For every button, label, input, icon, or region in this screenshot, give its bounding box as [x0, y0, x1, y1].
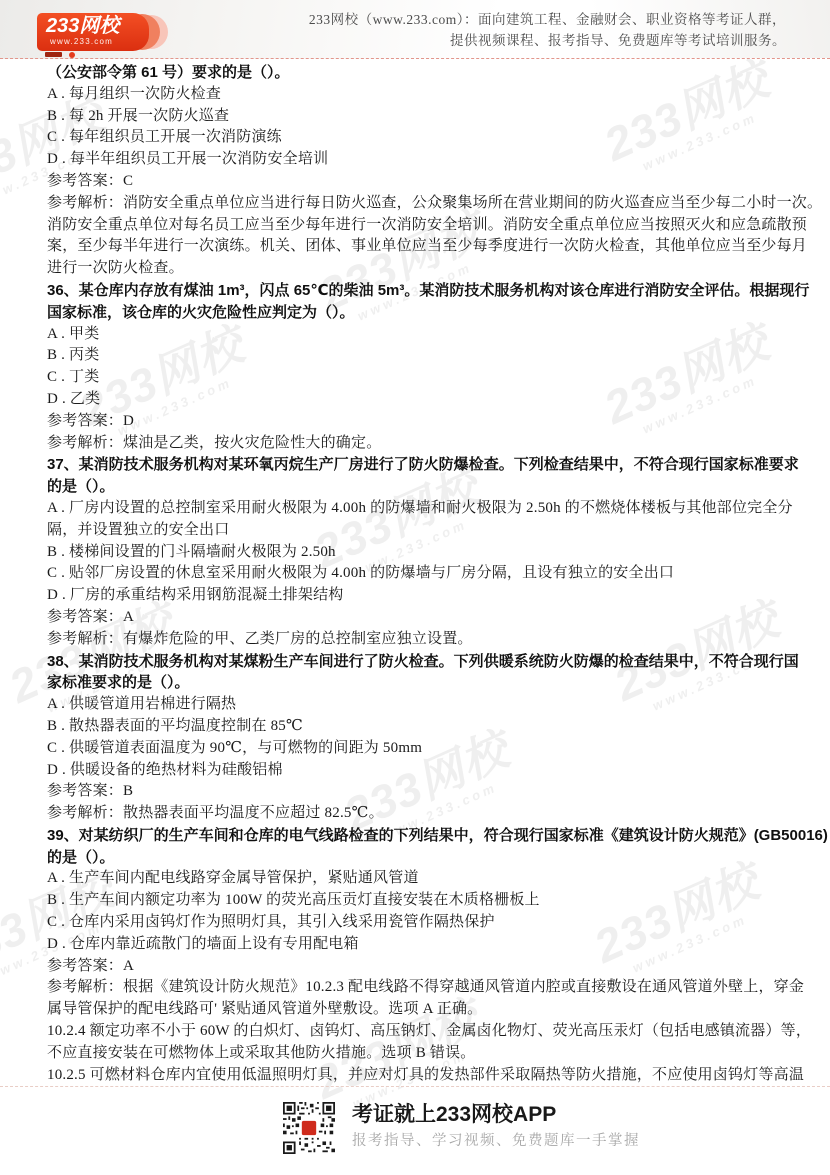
document-line: B . 每 2h 开展一次防火巡查 [47, 106, 792, 128]
document-line: 37、某消防技术服务机构对某环氧丙烷生产厂房进行了防火防爆检查。下列检查结果中，… [47, 454, 792, 476]
document-line: A . 供暖管道用岩棉进行隔热 [47, 694, 792, 716]
document-line: 属导管保护的配电线路可' 紧贴通风管道外壁敷设。选项 A 正确。 [47, 999, 792, 1021]
document-line: 参考解析：根据《建筑设计防火规范》10.2.3 配电线路不得穿越通风管道内腔或直… [47, 977, 792, 999]
document-line: 10.2.4 额定功率不小于 60W 的白炽灯、卤钨灯、高压钠灯、金属卤化物灯、… [47, 1021, 792, 1043]
header-tagline-line1: 233网校（www.233.com）：面向建筑工程、金融财会、职业资格等考证人群… [309, 9, 786, 30]
document-line: 的是（）。 [47, 476, 792, 498]
logo-dot-mark [69, 52, 75, 58]
document-line: C . 供暖管道表面温度为 90℃，与可燃物的间距为 50mm [47, 738, 792, 760]
document-line: A . 厂房内设置的总控制室采用耐火极限为 4.00h 的防爆墙和耐火极限为 2… [47, 498, 792, 520]
document-line: B . 楼梯间设置的门斗隔墙耐火极限为 2.50h [47, 542, 792, 564]
brand-name: 233网校 [37, 13, 149, 37]
brand-logo: 233网校 www.233.com [37, 13, 187, 51]
document-line: 39、对某纺织厂的生产车间和仓库的电气线路检查的下列结果中，符合现行国家标准《建… [47, 825, 792, 847]
document-line: C . 贴邻厂房设置的休息室采用耐火极限为 4.00h 的防爆墙与厂房分隔，且设… [47, 563, 792, 585]
footer-app-title: 考证就上233网校APP [352, 1098, 556, 1128]
document-line: B . 散热器表面的平均温度控制在 85℃ [47, 716, 792, 738]
logo-dash-mark [45, 52, 62, 57]
document-line: D . 厂房的承重结构采用钢筋混凝土排架结构 [47, 585, 792, 607]
logo-badge: 233网校 www.233.com [37, 13, 149, 51]
document-line: （公安部令第 61 号）要求的是（）。 [47, 62, 792, 84]
header-tagline-line2: 提供视频课程、报考指导、免费题库等考试培训服务。 [309, 30, 786, 51]
document-line: 案，至少每半年进行一次演练。机关、团体、事业单位应当至少每季度进行一次防火检查，… [47, 236, 792, 258]
document-line: 参考答案：B [47, 781, 792, 803]
document-line: 参考解析：散热器表面平均温度不应超过 82.5℃。 [47, 803, 792, 825]
document-line: 38、某消防技术服务机构对某煤粉生产车间进行了防火检查。下列供暖系统防火防爆的检… [47, 651, 792, 673]
document-line: 参考解析：煤油是乙类，按火灾危险性大的确定。 [47, 433, 792, 455]
header-tagline: 233网校（www.233.com）：面向建筑工程、金融财会、职业资格等考证人群… [309, 9, 786, 51]
document-line: A . 生产车间内配电线路穿金属导管保护，紧贴通风管道 [47, 868, 792, 890]
document-line: 36、某仓库内存放有煤油 1m³，闪点 65℃的柴油 5m³。某消防技术服务机构… [47, 280, 792, 302]
document-line: B . 生产车间内额定功率为 100W 的荧光高压贡灯直接安装在木质格栅板上 [47, 890, 792, 912]
document-content: （公安部令第 61 号）要求的是（）。A . 每月组织一次防火检查B . 每 2… [47, 62, 792, 1086]
document-line: D . 仓库内靠近疏散门的墙面上设有专用配电箱 [47, 934, 792, 956]
document-line: A . 甲类 [47, 324, 792, 346]
document-line: 10.2.5 可燃材料仓库内宜使用低温照明灯具，并应对灯具的发热部件采取隔热等防… [47, 1065, 792, 1087]
document-line: C . 每年组织员工开展一次消防演练 [47, 127, 792, 149]
document-line: 隔，并设置独立的安全出口 [47, 520, 792, 542]
document-line: 家标准要求的是（）。 [47, 672, 792, 694]
document-line: 参考答案：A [47, 956, 792, 978]
document-line: 的是（）。 [47, 847, 792, 869]
document-line: 国家标准，该仓库的火灾危险性应判定为（）。 [47, 302, 792, 324]
document-line: 参考答案：A [47, 607, 792, 629]
header: 233网校 www.233.com 233网校（www.233.com）：面向建… [0, 0, 830, 59]
brand-url: www.233.com [37, 37, 149, 46]
document-line: B . 丙类 [47, 345, 792, 367]
qr-code-icon [283, 1102, 335, 1154]
document-line: 不应直接安装在可燃物体上或采取其他防火措施。选项 B 错误。 [47, 1043, 792, 1065]
footer: 考证就上233网校APP 报考指导、学习视频、免费题库一手掌握 [0, 1086, 830, 1175]
document-line: D . 供暖设备的绝热材料为硅酸铝棉 [47, 760, 792, 782]
document-line: 消防安全重点单位对每名员工应当至少每年进行一次消防安全培训。消防安全重点单位应当… [47, 215, 792, 237]
document-line: 进行一次防火检查。 [47, 258, 792, 280]
document-line: A . 每月组织一次防火检查 [47, 84, 792, 106]
document-line: D . 乙类 [47, 389, 792, 411]
document-line: 参考答案：D [47, 411, 792, 433]
footer-app-subtitle: 报考指导、学习视频、免费题库一手掌握 [352, 1129, 640, 1150]
document-line: 参考答案：C [47, 171, 792, 193]
document-line: 参考解析：消防安全重点单位应当进行每日防火巡查，公众聚集场所在营业期间的防火巡查… [47, 193, 792, 215]
page: 233网校 www.233.com 233网校（www.233.com）：面向建… [0, 0, 830, 1175]
document-line: 参考解析：有爆炸危险的甲、乙类厂房的总控制室应独立设置。 [47, 629, 792, 651]
document-line: C . 仓库内采用卤钨灯作为照明灯具，其引入线采用瓷管作隔热保护 [47, 912, 792, 934]
document-line: C . 丁类 [47, 367, 792, 389]
document-line: D . 每半年组织员工开展一次消防安全培训 [47, 149, 792, 171]
qr-seal [302, 1121, 316, 1135]
